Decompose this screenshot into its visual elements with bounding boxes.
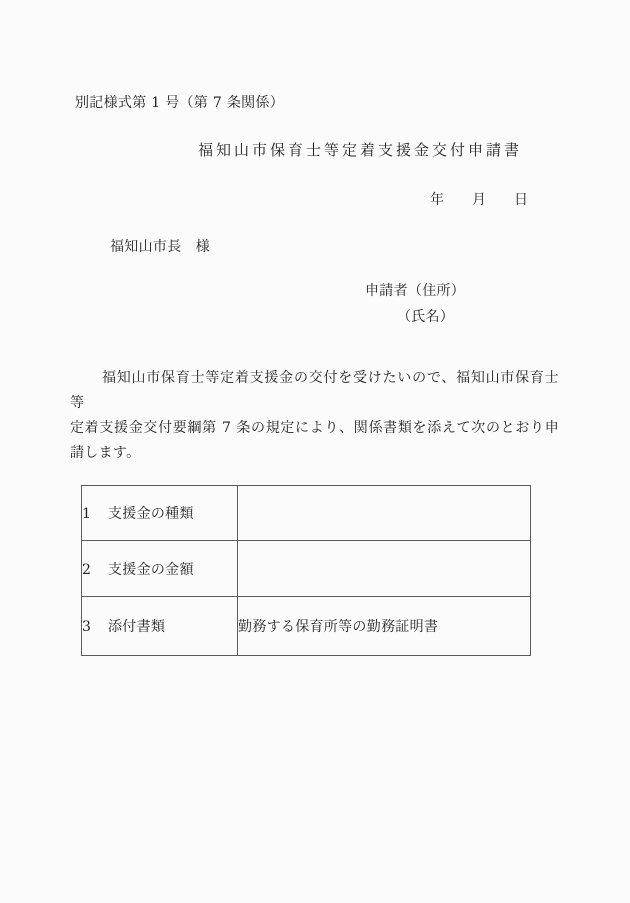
row-label: 添付書類: [108, 619, 165, 635]
form-number: 別記様式第 1 号（第 7 条関係）: [75, 92, 284, 112]
row-label-cell: 2 支援金の金額: [82, 541, 238, 597]
row-number: 3: [82, 619, 91, 635]
body-paragraph-line: 請します。: [70, 441, 559, 466]
addressee-line: 福知山市長 様: [110, 236, 210, 256]
row-number: 2: [82, 562, 91, 578]
application-items-table: 1 支援金の種類 2 支援金の金額 3 添付書類 勤務する保育所等の勤務証明書: [81, 485, 531, 656]
table-row: 3 添付書類 勤務する保育所等の勤務証明書: [82, 597, 531, 656]
date-fill-in-line: 年 月 日: [430, 189, 528, 209]
document-title: 福知山市保育士等定着支援金交付申請書: [90, 139, 630, 160]
row-number: 1: [82, 506, 91, 522]
row-label-cell: 3 添付書類: [82, 597, 238, 656]
body-paragraph-line: 福知山市保育士等定着支援金の交付を受けたいので、福知山市保育士等: [70, 366, 559, 416]
application-form-page: 別記様式第 1 号（第 7 条関係） 福知山市保育士等定着支援金交付申請書 年 …: [0, 0, 630, 903]
row-label: 支援金の金額: [108, 562, 194, 578]
applicant-name-label: （氏名）: [397, 306, 454, 326]
row-value-cell: [238, 486, 531, 541]
row-value-cell: [238, 541, 531, 597]
table-row: 2 支援金の金額: [82, 541, 531, 597]
body-paragraph: 福知山市保育士等定着支援金の交付を受けたいので、福知山市保育士等 定着支援金交付…: [70, 366, 559, 466]
row-value-cell: 勤務する保育所等の勤務証明書: [238, 597, 531, 656]
applicant-address-label: 申請者（住所）: [365, 280, 465, 300]
row-label-cell: 1 支援金の種類: [82, 486, 238, 541]
row-label: 支援金の種類: [108, 506, 194, 522]
table-row: 1 支援金の種類: [82, 486, 531, 541]
body-paragraph-line: 定着支援金交付要綱第 7 条の規定により、関係書類を添えて次のとおり申: [70, 416, 559, 441]
